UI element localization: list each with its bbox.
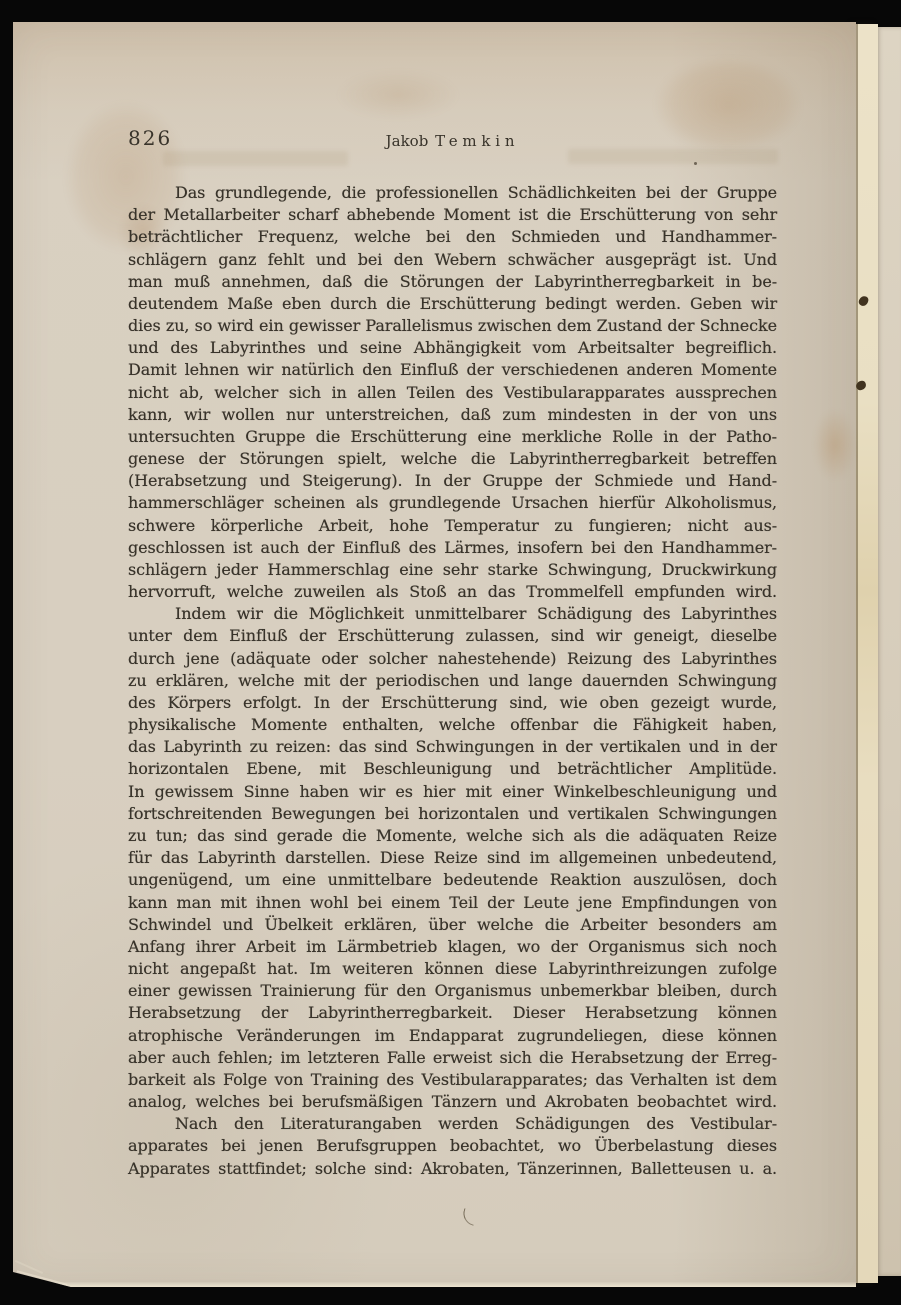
text-line: man muß annehmen, daß die Störungen der … xyxy=(128,271,777,293)
text-line: hervorruft, welche zuweilen als Stoß an … xyxy=(128,581,777,603)
text-line: analog, welches bei berufsmäßigen Tänzer… xyxy=(128,1091,777,1113)
text-line: genese der Störungen spielt, welche die … xyxy=(128,448,777,470)
text-line: (Herabsetzung und Steigerung). In der Gr… xyxy=(128,470,777,492)
text-line: aber auch fehlen; im letzteren Falle erw… xyxy=(128,1047,777,1069)
text-line: einer gewissen Trainierung für den Organ… xyxy=(128,980,777,1002)
text-line: atrophische Veränderungen im Endapparat … xyxy=(128,1025,777,1047)
ink-bleedthrough xyxy=(568,149,778,164)
foxing-stain xyxy=(628,40,828,170)
paragraph: Das grundlegende, die professionellen Sc… xyxy=(128,182,777,603)
text-line: unter dem Einfluß der Erschütterung zula… xyxy=(128,625,777,647)
text-line: barkeit als Folge von Training des Vesti… xyxy=(128,1069,777,1091)
text-line: Das grundlegende, die professionellen Sc… xyxy=(128,182,777,204)
text-line: Damit lehnen wir natürlich den Einfluß d… xyxy=(128,359,777,381)
text-line: schwere körperliche Arbeit, hohe Tempera… xyxy=(128,515,777,537)
text-line: fortschreitenden Bewegungen bei horizont… xyxy=(128,803,777,825)
scanned-book-page: 826 JakobTemkin Das grundlegende, die pr… xyxy=(0,0,901,1305)
running-header: JakobTemkin xyxy=(128,132,777,150)
text-line: kann, wir wollen nur unterstreichen, daß… xyxy=(128,404,777,426)
text-line: nicht ab, welcher sich in allen Teilen d… xyxy=(128,382,777,404)
text-line: der Metallarbeiter scharf abhebende Mome… xyxy=(128,204,777,226)
text-line: für das Labyrinth darstellen. Diese Reiz… xyxy=(128,847,777,869)
author-last-name: Temkin xyxy=(435,132,519,150)
text-line: apparates bei jenen Berufsgruppen beobac… xyxy=(128,1135,777,1157)
text-line: ungenügend, um eine unmittelbare bedeute… xyxy=(128,869,777,891)
text-line: deutendem Maße eben durch die Erschütter… xyxy=(128,293,777,315)
paragraph: Nach den Literaturangaben werden Schädig… xyxy=(128,1113,777,1180)
text-line: In gewissem Sinne haben wir es hier mit … xyxy=(128,781,777,803)
text-line: untersuchten Gruppe die Erschütterung ei… xyxy=(128,426,777,448)
text-line: des Körpers erfolgt. In der Erschütterun… xyxy=(128,692,777,714)
author-first-name: Jakob xyxy=(386,132,429,150)
text-line: durch jene (adäquate oder solcher nahest… xyxy=(128,648,777,670)
body-text: Das grundlegende, die professionellen Sc… xyxy=(128,182,777,1180)
text-line: das Labyrinth zu reizen: das sind Schwin… xyxy=(128,736,777,758)
text-line: hammerschläger scheinen als grundlegende… xyxy=(128,492,777,514)
text-line: Schwindel und Übelkeit erklären, über we… xyxy=(128,914,777,936)
text-line: schlägern jeder Hammerschlag eine sehr s… xyxy=(128,559,777,581)
paragraph: Indem wir die Möglichkeit unmittelbarer … xyxy=(128,603,777,1113)
text-line: horizontalen Ebene, mit Beschleunigung u… xyxy=(128,758,777,780)
text-line: und des Labyrinthes und seine Abhängigke… xyxy=(128,337,777,359)
text-line: schlägern ganz fehlt und bei den Webern … xyxy=(128,249,777,271)
text-line: Herabsetzung der Labyrintherregbarkeit. … xyxy=(128,1002,777,1024)
text-line: Nach den Literaturangaben werden Schädig… xyxy=(128,1113,777,1135)
text-line: geschlossen ist auch der Einfluß des Lär… xyxy=(128,537,777,559)
text-line: kann man mit ihnen wohl bei einem Teil d… xyxy=(128,892,777,914)
paper-speck xyxy=(694,162,697,165)
text-line: zu tun; das sind gerade die Momente, wel… xyxy=(128,825,777,847)
ink-bleedthrough xyxy=(163,151,348,166)
text-line: Anfang ihrer Arbeit im Lärmbetrieb klage… xyxy=(128,936,777,958)
book-page: 826 JakobTemkin Das grundlegende, die pr… xyxy=(13,22,856,1287)
text-line: physikalische Momente enthalten, welche … xyxy=(128,714,777,736)
page-edge-strip xyxy=(856,24,878,1283)
text-line: nicht angepaßt hat. Im weiteren können d… xyxy=(128,958,777,980)
text-line: dies zu, so wird ein gewisser Parallelis… xyxy=(128,315,777,337)
adjacent-page-edge xyxy=(876,27,901,1276)
text-line: beträchtlicher Frequenz, welche bei den … xyxy=(128,226,777,248)
text-line: zu erklären, welche mit der periodischen… xyxy=(128,670,777,692)
text-line: Indem wir die Möglichkeit unmittelbarer … xyxy=(128,603,777,625)
hair-mark xyxy=(460,1208,478,1226)
foxing-stain xyxy=(313,60,483,130)
text-line: Apparates stattfindet; solche sind: Akro… xyxy=(128,1158,777,1180)
